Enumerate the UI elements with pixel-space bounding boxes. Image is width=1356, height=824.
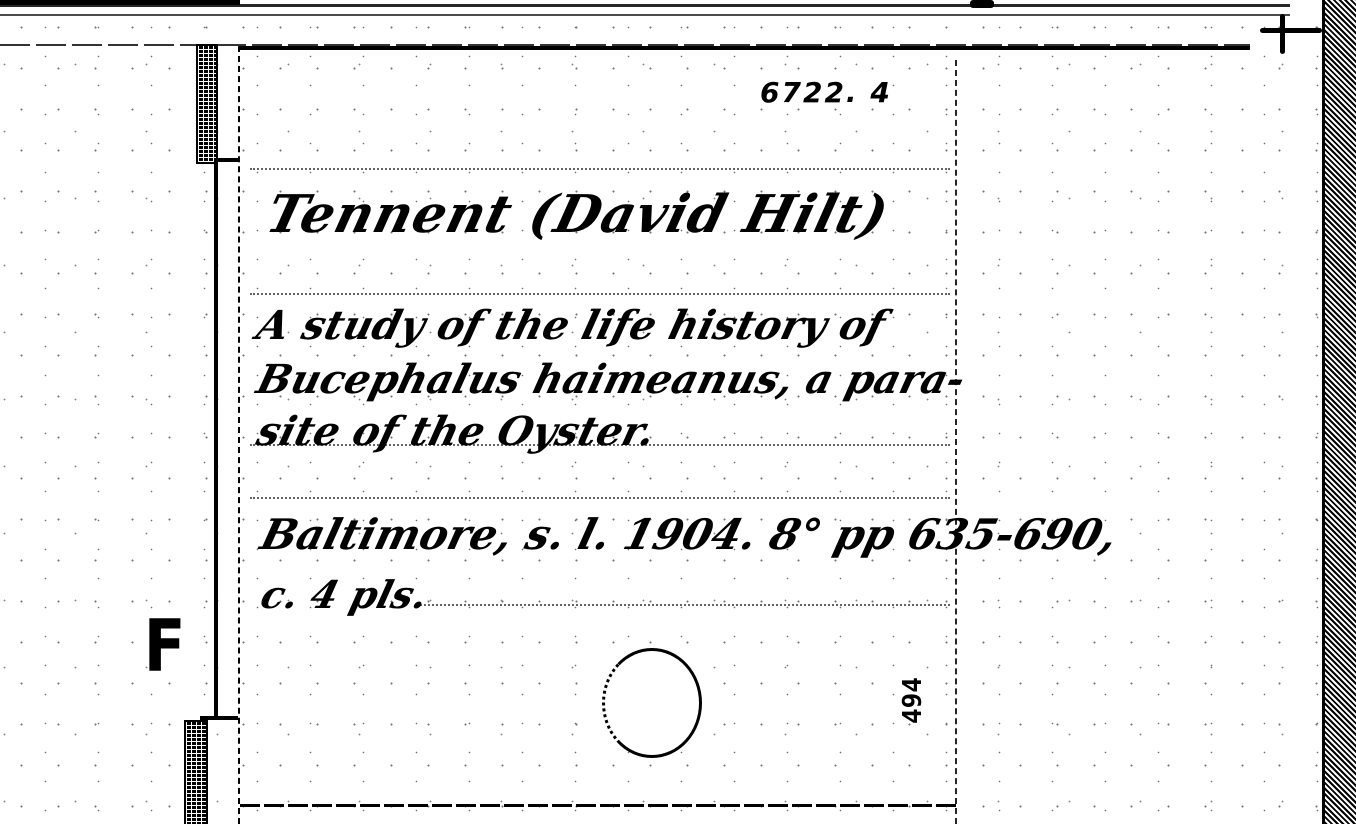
ruled-line [250, 168, 950, 170]
ruled-line [420, 604, 950, 606]
top-rule [0, 4, 1290, 7]
top-rule [0, 14, 1290, 16]
punch-hole [602, 648, 702, 758]
imprint-line: Baltimore, s. l. 1904. 8° pp 635-690, [256, 510, 1123, 559]
card-bottom-edge [240, 804, 956, 807]
top-mark [970, 0, 994, 8]
ruled-line [250, 293, 950, 295]
title-line: site of the Oyster. [252, 408, 660, 455]
author-heading: Tennent (David Hilt) [260, 184, 895, 245]
stamp-number: 494 [898, 664, 928, 724]
title-line: A study of the life history of [252, 302, 890, 349]
binding-tab-top [196, 44, 218, 164]
card-notch [200, 716, 238, 720]
ruled-line [250, 497, 950, 499]
registration-mark-icon [1280, 14, 1285, 54]
drawer-tab-letter: F [144, 604, 186, 688]
card-right-edge [955, 60, 957, 824]
title-line: Bucephalus haimeanus, a para- [252, 356, 970, 403]
binding-tab-bottom [184, 720, 208, 824]
registration-mark-icon [1260, 28, 1322, 33]
scan-right-edge [1322, 0, 1356, 824]
imprint-line: c. 4 pls. [256, 572, 432, 617]
call-number: 6722. 4 [760, 76, 892, 109]
